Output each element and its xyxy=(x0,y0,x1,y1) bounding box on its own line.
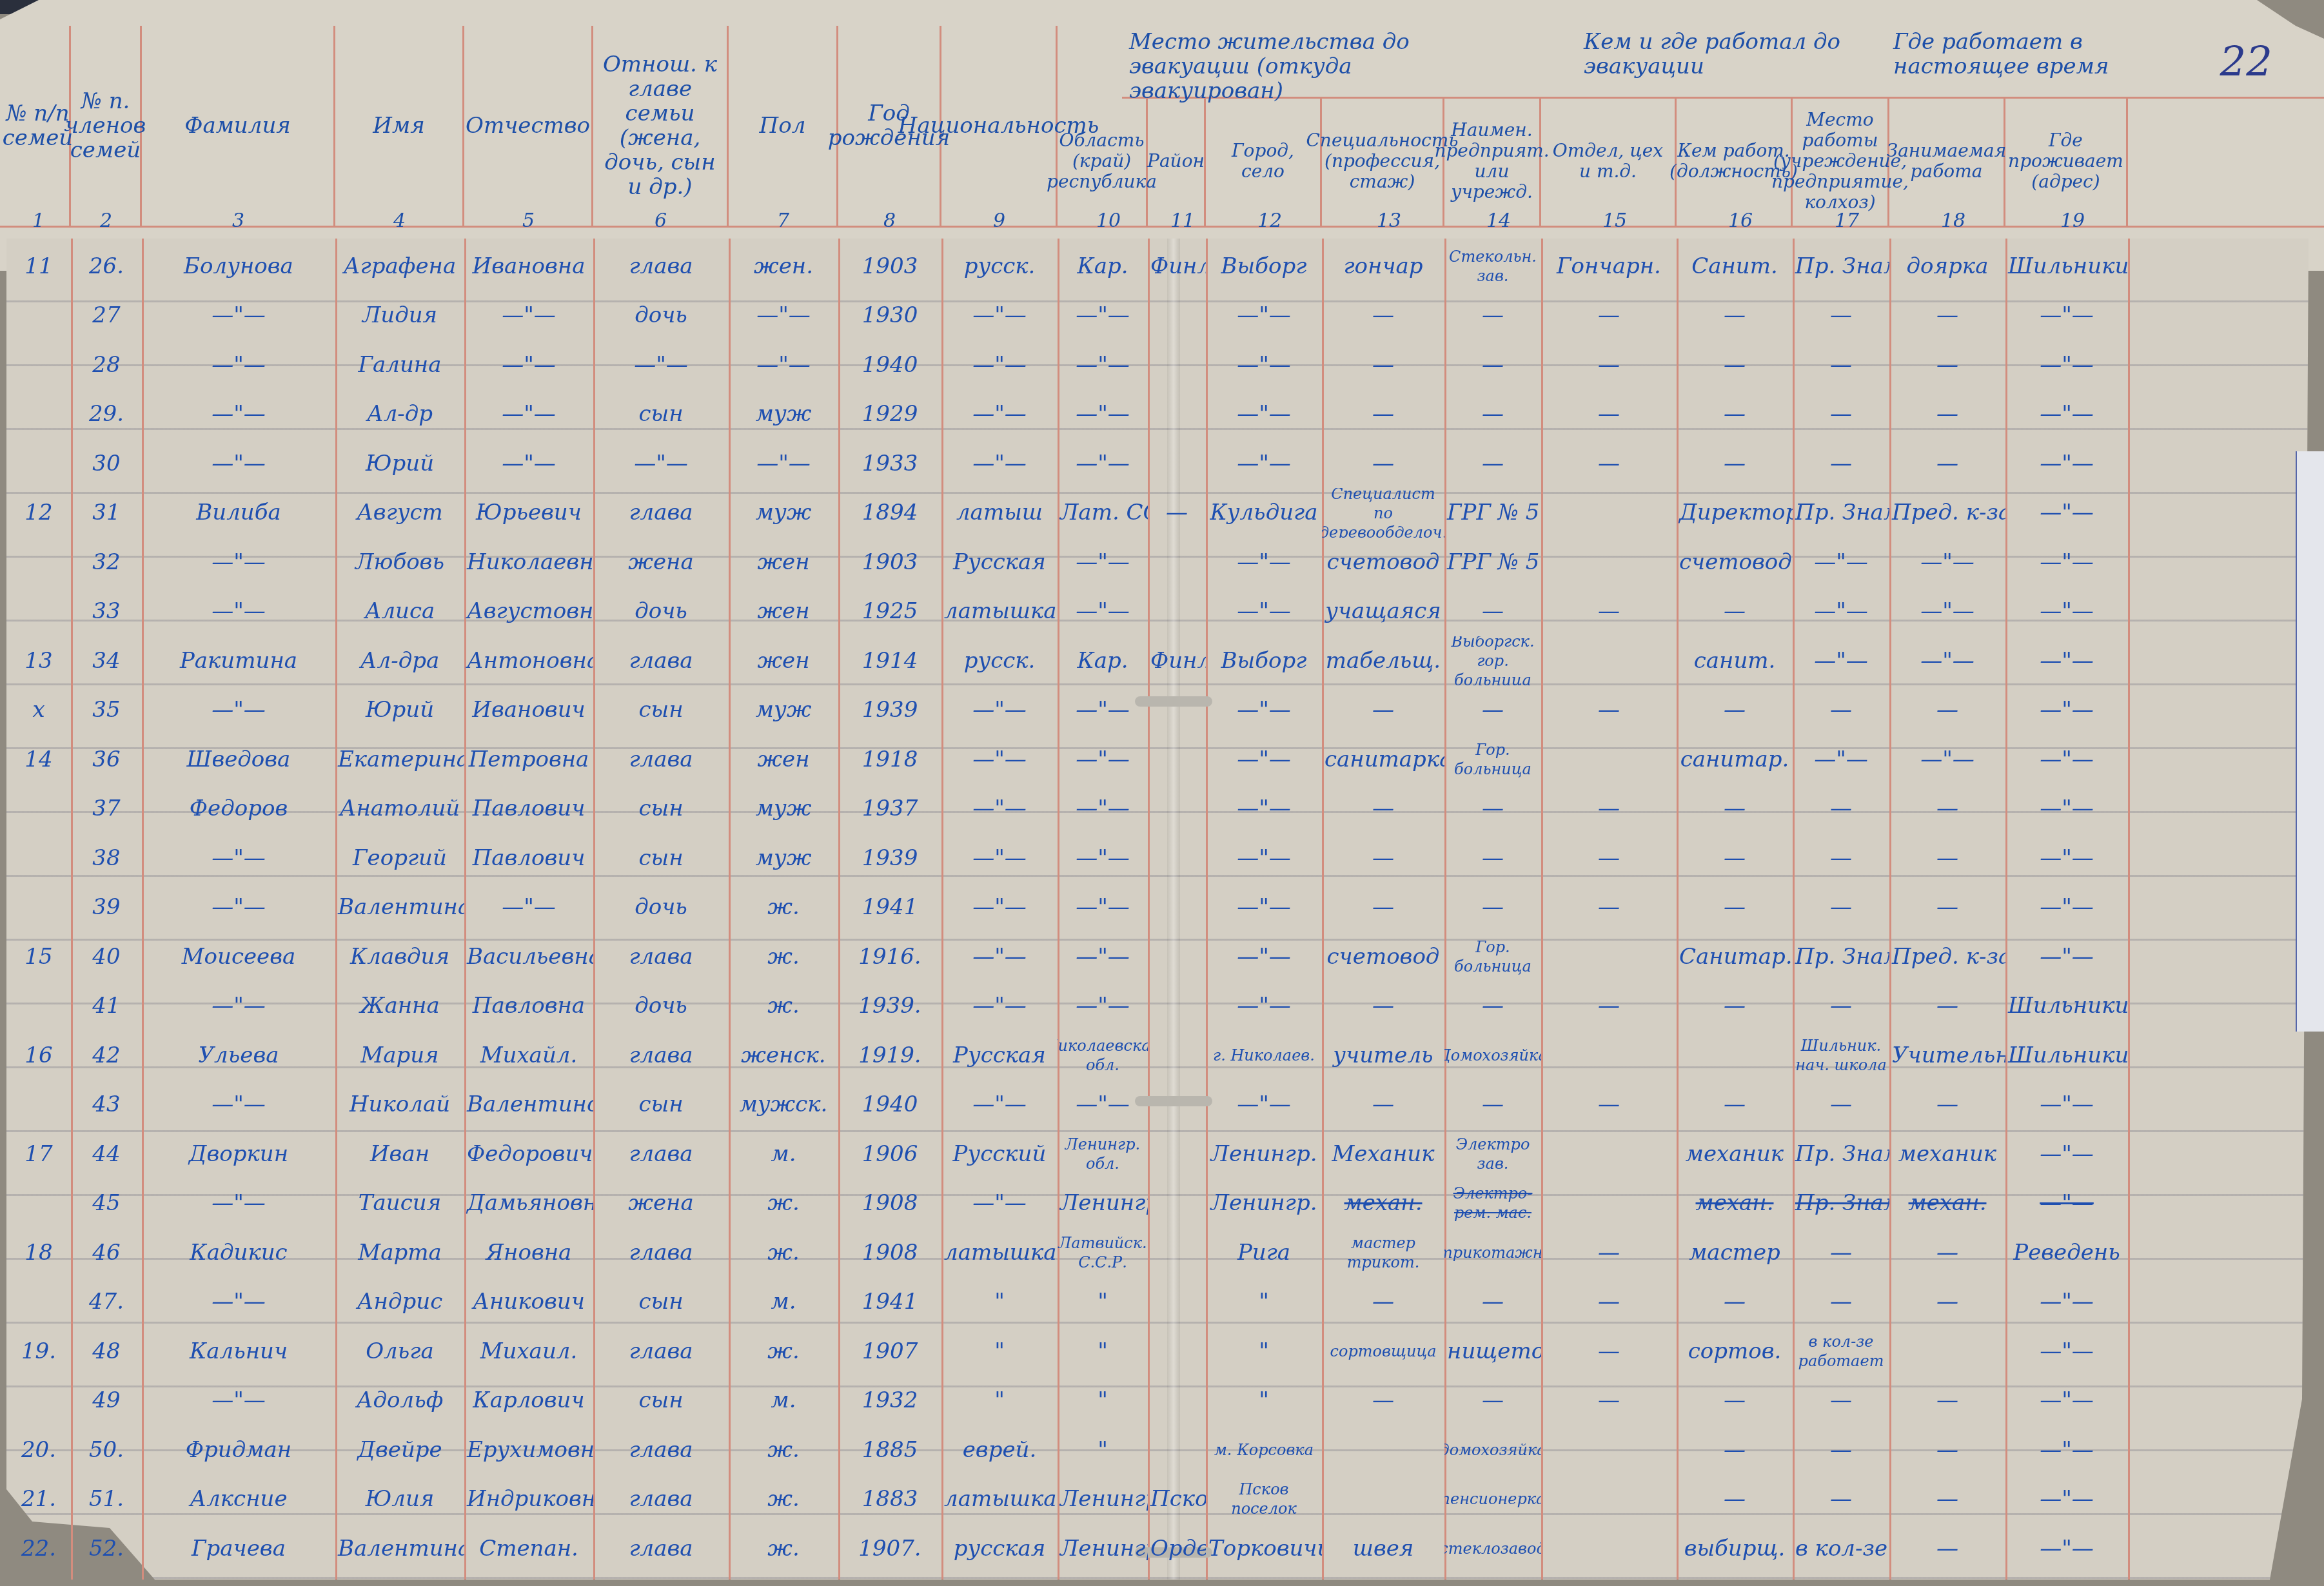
cell-oblast: —"— xyxy=(1058,834,1148,883)
cell-sex: —"— xyxy=(729,439,838,488)
cell-position: — xyxy=(1677,291,1793,340)
cell-city: " xyxy=(1206,1327,1322,1376)
cell-family: 20. xyxy=(6,1425,71,1474)
cell-name: Ал-др xyxy=(335,389,464,438)
cell-name: Алиса xyxy=(335,587,464,636)
cell-enterprise: стеклозавод xyxy=(1444,1524,1541,1573)
column-number: 3 xyxy=(232,210,244,232)
cell-dept xyxy=(1541,538,1677,587)
cell-dept xyxy=(1541,1130,1677,1179)
cell-workplace: — xyxy=(1793,1080,1889,1129)
cell-enterprise: домохозяйка xyxy=(1444,1425,1541,1474)
cell-relation: сын xyxy=(593,389,729,438)
cell-family: 18 xyxy=(6,1228,71,1277)
table-row: 19.48КальничОльгаМихаил.главаж.1907"""со… xyxy=(0,1327,2324,1376)
cell-member: 40 xyxy=(71,932,142,981)
cell-member: 44 xyxy=(71,1130,142,1179)
cell-address: —"— xyxy=(2005,340,2128,389)
cell-year: 1939 xyxy=(838,834,941,883)
table-row: 47.—"—АндрисАниковичсынм.1941"""———————"… xyxy=(0,1277,2324,1326)
cell-dept: — xyxy=(1541,784,1677,833)
cell-oblast: Кар. xyxy=(1058,636,1148,685)
cell-specialty xyxy=(1322,1474,1444,1523)
cell-sex: ж. xyxy=(729,1474,838,1523)
header-col-2: № п. членов семей xyxy=(71,26,142,226)
cell-nationality: " xyxy=(941,1327,1058,1376)
cell-nationality: —"— xyxy=(941,981,1058,1030)
cell-name: Юлия xyxy=(335,1474,464,1523)
cell-address: —"— xyxy=(2005,1524,2128,1573)
cell-name: Андрис xyxy=(335,1277,464,1326)
cell-enterprise: трикотажн. xyxy=(1444,1228,1541,1277)
column-number: 16 xyxy=(1728,210,1753,232)
cell-district xyxy=(1148,932,1206,981)
cell-member: 48 xyxy=(71,1327,142,1376)
cell-position: — xyxy=(1677,1425,1793,1474)
cell-year: 1907 xyxy=(838,1327,941,1376)
cell-dept xyxy=(1541,932,1677,981)
cell-specialty: — xyxy=(1322,389,1444,438)
cell-name: Ольга xyxy=(335,1327,464,1376)
cell-surname: Ракитина xyxy=(142,636,335,685)
header-col-11: Район xyxy=(1148,97,1206,226)
header-col-3: Фамилия xyxy=(142,26,335,226)
table-row: 43—"—НиколайВалентиновичсынмужск.1940—"—… xyxy=(0,1080,2324,1129)
cell-relation: глава xyxy=(593,242,729,291)
cell-city: —"— xyxy=(1206,735,1322,784)
cell-nationality: Русская xyxy=(941,538,1058,587)
cell-job: — xyxy=(1889,1080,2005,1129)
cell-year: 1918 xyxy=(838,735,941,784)
cell-district xyxy=(1148,389,1206,438)
cell-sex: жен xyxy=(729,735,838,784)
cell-oblast: Ленингр. обл. xyxy=(1058,1130,1148,1179)
header-group-residence: Место жительства до эвакуации (откуда эв… xyxy=(1125,26,1461,97)
cell-address: —"— xyxy=(2005,784,2128,833)
cell-address: —"— xyxy=(2005,291,2128,340)
cell-address: —"— xyxy=(2005,1179,2128,1228)
cell-family xyxy=(6,538,71,587)
cell-address: —"— xyxy=(2005,932,2128,981)
cell-member: 52. xyxy=(71,1524,142,1573)
table-row: 41—"—ЖаннаПавловнадочьж.1939.—"——"——"———… xyxy=(0,981,2324,1030)
cell-dept: — xyxy=(1541,834,1677,883)
header-col-19: Где проживает (адрес) xyxy=(2005,97,2128,226)
cell-enterprise: — xyxy=(1444,1277,1541,1326)
cell-position: — xyxy=(1677,1080,1793,1129)
column-number: 13 xyxy=(1377,210,1401,232)
cell-district: Финлян. xyxy=(1148,242,1206,291)
cell-dept: — xyxy=(1541,587,1677,636)
cell-position: мастер xyxy=(1677,1228,1793,1277)
cell-surname: —"— xyxy=(142,834,335,883)
cell-relation: глава xyxy=(593,932,729,981)
cell-family: 21. xyxy=(6,1474,71,1523)
column-number: 11 xyxy=(1170,210,1195,232)
cell-specialty: Специалист по деревообделоч. xyxy=(1322,488,1444,537)
cell-patronymic: —"— xyxy=(464,389,593,438)
cell-family xyxy=(6,439,71,488)
cell-relation: дочь xyxy=(593,291,729,340)
cell-nationality: русская xyxy=(941,1524,1058,1573)
cell-relation: сын xyxy=(593,1376,729,1425)
cell-family xyxy=(6,1179,71,1228)
cell-member: 26. xyxy=(71,242,142,291)
cell-city: м. Корсовка xyxy=(1206,1425,1322,1474)
cell-position: — xyxy=(1677,685,1793,734)
cell-position: — xyxy=(1677,784,1793,833)
cell-nationality: —"— xyxy=(941,1080,1058,1129)
cell-family xyxy=(6,389,71,438)
cell-specialty: — xyxy=(1322,340,1444,389)
column-number-row: 12345678910111213141516171819 xyxy=(0,210,2324,239)
cell-relation: дочь xyxy=(593,981,729,1030)
cell-position: — xyxy=(1677,439,1793,488)
cell-nationality: еврей. xyxy=(941,1425,1058,1474)
table-row: 32—"—ЛюбовьНиколаевнаженажен1903Русская—… xyxy=(0,538,2324,587)
cell-relation: —"— xyxy=(593,439,729,488)
cell-oblast: Ленинград xyxy=(1058,1524,1148,1573)
cell-patronymic: —"— xyxy=(464,439,593,488)
cell-workplace: —"— xyxy=(1793,735,1889,784)
cell-specialty: мастер трикот. xyxy=(1322,1228,1444,1277)
cell-sex: мужск. xyxy=(729,1080,838,1129)
cell-position: счетовод xyxy=(1677,538,1793,587)
cell-address: —"— xyxy=(2005,587,2128,636)
cell-address: Шильники xyxy=(2005,1031,2128,1080)
cell-job: — xyxy=(1889,389,2005,438)
cell-family xyxy=(6,883,71,932)
cell-year: 1939 xyxy=(838,685,941,734)
cell-nationality: —"— xyxy=(941,389,1058,438)
cell-address: —"— xyxy=(2005,883,2128,932)
cell-nationality: русск. xyxy=(941,636,1058,685)
cell-specialty: — xyxy=(1322,1277,1444,1326)
cell-workplace: — xyxy=(1793,1474,1889,1523)
cell-surname: —"— xyxy=(142,981,335,1030)
cell-surname: —"— xyxy=(142,1277,335,1326)
cell-surname: Болунова xyxy=(142,242,335,291)
cell-surname: —"— xyxy=(142,291,335,340)
cell-surname: Федоров xyxy=(142,784,335,833)
cell-city: —"— xyxy=(1206,784,1322,833)
column-number: 7 xyxy=(777,210,789,232)
cell-workplace: Пр. Знамя xyxy=(1793,1179,1889,1228)
cell-family: 15 xyxy=(6,932,71,981)
cell-position: — xyxy=(1677,883,1793,932)
cell-sex: жен xyxy=(729,636,838,685)
header-col-14: Наимен. предприят. или учрежд. xyxy=(1444,97,1541,226)
cell-sex: муж xyxy=(729,784,838,833)
cell-district: Псков xyxy=(1148,1474,1206,1523)
cell-oblast: —"— xyxy=(1058,981,1148,1030)
cell-name: Анатолий xyxy=(335,784,464,833)
cell-nationality: —"— xyxy=(941,1179,1058,1228)
cell-surname: Дворкин xyxy=(142,1130,335,1179)
cell-sex: ж. xyxy=(729,883,838,932)
cell-patronymic: Степан. xyxy=(464,1524,593,1573)
table-row: 33—"—АлисаАвгустовнадочьжен1925латышка—"… xyxy=(0,587,2324,636)
cell-name: Марта xyxy=(335,1228,464,1277)
cell-enterprise: — xyxy=(1444,587,1541,636)
table-row: 37ФедоровАнатолийПавловичсынмуж1937—"——"… xyxy=(0,784,2324,833)
column-number: 17 xyxy=(1835,210,1859,232)
column-number: 1 xyxy=(32,210,44,232)
cell-city: —"— xyxy=(1206,981,1322,1030)
cell-name: Адольф xyxy=(335,1376,464,1425)
table-row: 1642УльеваМарияМихайл.главаженск.1919.Ру… xyxy=(0,1031,2324,1080)
header-col-4: Имя xyxy=(335,26,464,226)
cell-job: Пред. к-за xyxy=(1889,932,2005,981)
cell-name: Галина xyxy=(335,340,464,389)
cell-job: — xyxy=(1889,784,2005,833)
cell-oblast: " xyxy=(1058,1277,1148,1326)
cell-dept: — xyxy=(1541,439,1677,488)
cell-family: 22. xyxy=(6,1524,71,1573)
cell-patronymic: Дамьяновна xyxy=(464,1179,593,1228)
cell-city: —"— xyxy=(1206,834,1322,883)
cell-position: выбирщ. xyxy=(1677,1524,1793,1573)
cell-oblast: —"— xyxy=(1058,340,1148,389)
cell-nationality: —"— xyxy=(941,685,1058,734)
cell-dept: — xyxy=(1541,1228,1677,1277)
cell-district xyxy=(1148,587,1206,636)
cell-relation: сын xyxy=(593,834,729,883)
cell-patronymic: Иванович xyxy=(464,685,593,734)
header-group-now: Где работает в настоящее время xyxy=(1889,26,2160,97)
cell-surname: Алксние xyxy=(142,1474,335,1523)
cell-enterprise: — xyxy=(1444,291,1541,340)
header-group-worked: Кем и где работал до эвакуации xyxy=(1580,26,1889,97)
column-number: 18 xyxy=(1941,210,1965,232)
cell-workplace: в кол-зе xyxy=(1793,1524,1889,1573)
cell-sex: ж. xyxy=(729,1228,838,1277)
cell-city: Рига xyxy=(1206,1228,1322,1277)
table-row: 1846КадикисМартаЯновнаглаваж.1908латышка… xyxy=(0,1228,2324,1277)
cell-dept: — xyxy=(1541,1277,1677,1326)
cell-year: 1941 xyxy=(838,883,941,932)
cell-surname: Ульева xyxy=(142,1031,335,1080)
cell-year: 1885 xyxy=(838,1425,941,1474)
cell-name: Екатерина xyxy=(335,735,464,784)
cell-city: Выборг xyxy=(1206,242,1322,291)
cell-district xyxy=(1148,1130,1206,1179)
cell-sex: ж. xyxy=(729,1327,838,1376)
cell-sex: жен xyxy=(729,538,838,587)
cell-city: —"— xyxy=(1206,439,1322,488)
cell-year: 1883 xyxy=(838,1474,941,1523)
cell-job: — xyxy=(1889,883,2005,932)
cell-family xyxy=(6,291,71,340)
cell-patronymic: Павлович xyxy=(464,834,593,883)
cell-oblast: Латвийск. С.С.Р. xyxy=(1058,1228,1148,1277)
cell-patronymic: Индриковна xyxy=(464,1474,593,1523)
cell-member: 36 xyxy=(71,735,142,784)
cell-sex: муж xyxy=(729,685,838,734)
cell-position: — xyxy=(1677,389,1793,438)
cell-sex: ж. xyxy=(729,1524,838,1573)
cell-year: 1906 xyxy=(838,1130,941,1179)
cell-sex: муж xyxy=(729,389,838,438)
cell-patronymic: Валентинович xyxy=(464,1080,593,1129)
table-row: 1436ШведоваЕкатеринаПетровнаглаважен1918… xyxy=(0,735,2324,784)
cell-job: — xyxy=(1889,439,2005,488)
cell-surname: —"— xyxy=(142,1179,335,1228)
cell-member: 38 xyxy=(71,834,142,883)
cell-member: 29. xyxy=(71,389,142,438)
cell-nationality: —"— xyxy=(941,735,1058,784)
cell-district: Ордежск. xyxy=(1148,1524,1206,1573)
cell-position: санитар. xyxy=(1677,735,1793,784)
cell-year: 1908 xyxy=(838,1179,941,1228)
cell-workplace: — xyxy=(1793,1277,1889,1326)
cell-relation: глава xyxy=(593,735,729,784)
cell-sex: муж xyxy=(729,834,838,883)
cell-family xyxy=(6,981,71,1030)
cell-city: —"— xyxy=(1206,587,1322,636)
table-row: 1540МоисееваКлавдияВасильевнаглаваж.1916… xyxy=(0,932,2324,981)
cell-specialty: — xyxy=(1322,1080,1444,1129)
cell-job: — xyxy=(1889,1228,2005,1277)
cell-oblast: Ленинград xyxy=(1058,1474,1148,1523)
cell-surname: Кадикис xyxy=(142,1228,335,1277)
cell-city: —"— xyxy=(1206,291,1322,340)
cell-position: Санитар. xyxy=(1677,932,1793,981)
cell-district xyxy=(1148,784,1206,833)
table-row: 22.52.ГрачеваВалентинаСтепан.главаж.1907… xyxy=(0,1524,2324,1573)
cell-address: —"— xyxy=(2005,538,2128,587)
cell-position: — xyxy=(1677,834,1793,883)
cell-address: —"— xyxy=(2005,1080,2128,1129)
cell-workplace: Пр. Знамя xyxy=(1793,1130,1889,1179)
cell-oblast: —"— xyxy=(1058,883,1148,932)
cell-district xyxy=(1148,981,1206,1030)
cell-district xyxy=(1148,291,1206,340)
cell-address: —"— xyxy=(2005,1376,2128,1425)
cell-dept: — xyxy=(1541,340,1677,389)
cell-district xyxy=(1148,1327,1206,1376)
cell-dept xyxy=(1541,636,1677,685)
cell-name: Аграфена xyxy=(335,242,464,291)
cell-surname: —"— xyxy=(142,439,335,488)
cell-year: 1914 xyxy=(838,636,941,685)
cell-nationality: " xyxy=(941,1376,1058,1425)
cell-specialty: счетовод xyxy=(1322,932,1444,981)
cell-patronymic: —"— xyxy=(464,291,593,340)
cell-surname: Моисеева xyxy=(142,932,335,981)
cell-workplace: — xyxy=(1793,883,1889,932)
cell-specialty xyxy=(1322,1425,1444,1474)
table-row: х35—"—ЮрийИвановичсынмуж1939—"——"——"————… xyxy=(0,685,2324,734)
cell-position xyxy=(1677,1031,1793,1080)
cell-patronymic: —"— xyxy=(464,883,593,932)
cell-name: Любовь xyxy=(335,538,464,587)
cell-relation: сын xyxy=(593,1080,729,1129)
cell-family xyxy=(6,587,71,636)
cell-surname: —"— xyxy=(142,340,335,389)
cell-oblast: —"— xyxy=(1058,784,1148,833)
cell-district xyxy=(1148,1376,1206,1425)
cell-patronymic: Николаевна xyxy=(464,538,593,587)
cell-city: —"— xyxy=(1206,883,1322,932)
cell-family: 11 xyxy=(6,242,71,291)
cell-district xyxy=(1148,834,1206,883)
column-number: 8 xyxy=(883,210,896,232)
table-row: 1334РакитинаАл-драАнтоновнаглаважен1914р… xyxy=(0,636,2324,685)
cell-address: —"— xyxy=(2005,735,2128,784)
cell-nationality: —"— xyxy=(941,340,1058,389)
cell-specialty: — xyxy=(1322,834,1444,883)
table-header: № п/п семей№ п. членов семейФамилияИмяОт… xyxy=(0,26,2324,232)
cell-specialty: — xyxy=(1322,883,1444,932)
cell-enterprise: — xyxy=(1444,834,1541,883)
cell-name: Иван xyxy=(335,1130,464,1179)
cell-nationality: русск. xyxy=(941,242,1058,291)
cell-family: 17 xyxy=(6,1130,71,1179)
column-number: 2 xyxy=(100,210,112,232)
cell-nationality: —"— xyxy=(941,932,1058,981)
cell-workplace: — xyxy=(1793,389,1889,438)
cell-dept: — xyxy=(1541,1327,1677,1376)
cell-relation: глава xyxy=(593,1031,729,1080)
cell-nationality: Русская xyxy=(941,1031,1058,1080)
cell-address: —"— xyxy=(2005,1130,2128,1179)
cell-city: —"— xyxy=(1206,685,1322,734)
cell-position: — xyxy=(1677,340,1793,389)
cell-city: " xyxy=(1206,1277,1322,1326)
cell-year: 1894 xyxy=(838,488,941,537)
cell-patronymic: Павлович xyxy=(464,784,593,833)
cell-year: 1903 xyxy=(838,242,941,291)
cell-enterprise: Электро зав. xyxy=(1444,1130,1541,1179)
cell-job xyxy=(1889,1327,2005,1376)
header-col-17: Место работы (учреждение, предприятие, к… xyxy=(1793,97,1889,226)
cell-relation: сын xyxy=(593,1277,729,1326)
cell-city: —"— xyxy=(1206,538,1322,587)
cell-specialty: сортовщица xyxy=(1322,1327,1444,1376)
cell-member: 32 xyxy=(71,538,142,587)
cell-name: Юрий xyxy=(335,439,464,488)
cell-position: — xyxy=(1677,1376,1793,1425)
cell-city: Ленингр. xyxy=(1206,1130,1322,1179)
cell-dept xyxy=(1541,735,1677,784)
cell-enterprise: — xyxy=(1444,1376,1541,1425)
cell-relation: сын xyxy=(593,784,729,833)
cell-surname: —"— xyxy=(142,883,335,932)
cell-nationality: латыш xyxy=(941,488,1058,537)
cell-job: механ. xyxy=(1889,1179,2005,1228)
cell-year: 1941 xyxy=(838,1277,941,1326)
cell-surname: —"— xyxy=(142,587,335,636)
cell-address: —"— xyxy=(2005,389,2128,438)
table-row: 30—"—Юрий—"——"——"—1933—"——"——"————————"— xyxy=(0,439,2324,488)
header-group-rule xyxy=(1122,97,2324,99)
cell-address: —"— xyxy=(2005,1277,2128,1326)
cell-district xyxy=(1148,1031,1206,1080)
cell-patronymic: Карлович xyxy=(464,1376,593,1425)
cell-dept: — xyxy=(1541,883,1677,932)
cell-workplace: —"— xyxy=(1793,538,1889,587)
cell-member: 34 xyxy=(71,636,142,685)
cell-year: 1930 xyxy=(838,291,941,340)
cell-year: 1939. xyxy=(838,981,941,1030)
cell-address: —"— xyxy=(2005,1474,2128,1523)
cell-name: Валентина xyxy=(335,883,464,932)
cell-dept xyxy=(1541,1031,1677,1080)
header-col-13: Специальность (профессия, стаж) xyxy=(1322,97,1444,226)
cell-enterprise: Гор. больница xyxy=(1444,735,1541,784)
cell-patronymic: Павловна xyxy=(464,981,593,1030)
